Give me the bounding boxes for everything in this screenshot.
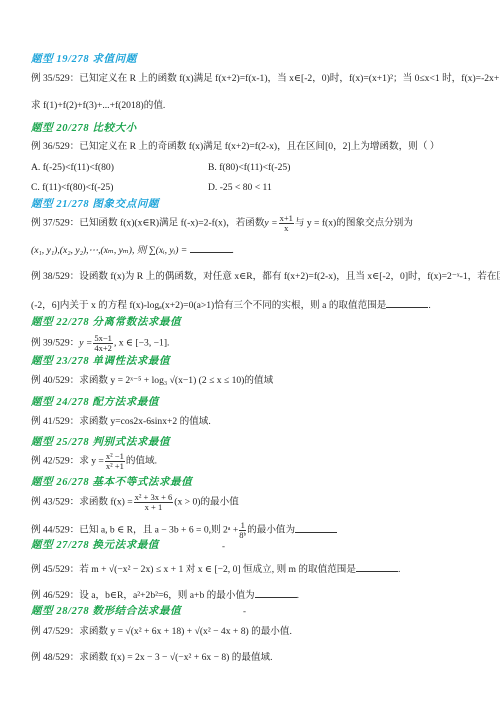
example-label: 例 44/529： xyxy=(31,525,79,536)
fraction: 18ᵇ xyxy=(239,521,246,540)
example-38-cont: (-2，6]内关于 x 的方程 f(x)-logₐ(x+2)=0(a>1)恰有三… xyxy=(31,298,431,312)
example-40: 例 40/529：求函数 y = 2ˣ⁻⁵ + log₃ √(x−1) (2 ≤… xyxy=(31,375,273,387)
answer-blank[interactable] xyxy=(255,588,297,598)
section-heading-27: 题型 27/278 换元法求最值 xyxy=(31,540,159,552)
option-d[interactable]: D. -25 < 80 < 11 xyxy=(208,182,272,193)
section-heading-21: 题型 21/278 图象交点问题 xyxy=(31,199,159,211)
example-41: 例 41/529：求函数 y=cos2x-6sinx+2 的值域. xyxy=(31,416,211,428)
example-text: 已知定义在 R 上的奇函数 f(x)满足 f(x+2)=f(2-x)，且在区间[… xyxy=(79,141,439,152)
example-label: 例 47/529： xyxy=(31,626,79,637)
example-label: 例 45/529： xyxy=(31,564,79,575)
example-45: 例 45/529：若 m + √(−x² − 2x) ≤ x + 1 对 x ∈… xyxy=(31,562,400,576)
example-label: 例 38/529： xyxy=(31,271,79,282)
example-42: 例 42/529：求 y =x² −1x² +1的值域. xyxy=(31,452,157,471)
fraction: 5x−14x+2 xyxy=(93,334,113,353)
example-text: 已知定义在 R 上的函数 f(x)满足 f(x+2)=f(x-1)，当 x∈[-… xyxy=(79,73,500,84)
stray-mark: - xyxy=(222,541,225,551)
answer-blank[interactable] xyxy=(356,562,398,572)
example-43: 例 43/529：求函数 f(x) =x² + 3x + 6x + 1(x > … xyxy=(31,493,239,512)
example-46: 例 46/529：设 a，b∈R，a²+2b²=6，则 a+b 的最小值为. xyxy=(31,588,299,602)
fraction: x² −1x² +1 xyxy=(105,452,125,471)
example-label: 例 43/529： xyxy=(31,497,79,508)
example-label: 例 41/529： xyxy=(31,416,79,427)
example-47: 例 47/529：求函数 y = √(x² + 6x + 18) + √(x² … xyxy=(31,626,292,638)
example-label: 例 48/529： xyxy=(31,652,79,663)
example-label: 例 37/529： xyxy=(31,218,79,229)
option-a[interactable]: A. f(-25)<f(11)<f(80) xyxy=(31,162,114,173)
example-39: 例 39/529：y =5x−14x+2, x ∈ [−3, −1]. xyxy=(31,334,169,353)
example-label: 例 39/529： xyxy=(31,338,79,349)
section-heading-24: 题型 24/278 配方法求最值 xyxy=(31,397,159,409)
example-35: 例 35/529：已知定义在 R 上的函数 f(x)满足 f(x+2)=f(x-… xyxy=(31,73,500,85)
example-44: 例 44/529：已知 a, b ∈ R，且 a − 3b + 6 = 0,则 … xyxy=(31,521,337,540)
example-label: 例 36/529： xyxy=(31,141,79,152)
example-text: 与 y = f(x)的图象交点分别为 xyxy=(295,218,413,229)
example-text: 求函数 y=cos2x-6sinx+2 的值域. xyxy=(79,416,211,427)
example-text: 设函数 f(x)为 R 上的偶函数，对任意 x∈R，都有 f(x+2)=f(2-… xyxy=(79,271,500,282)
section-heading-26: 题型 26/278 基本不等式法求最值 xyxy=(31,477,192,489)
example-label: 例 42/529： xyxy=(31,456,79,467)
fraction: x² + 3x + 6x + 1 xyxy=(134,493,174,512)
section-heading-23: 题型 23/278 单调性法求最值 xyxy=(31,356,170,368)
example-text: 求函数 y = 2ˣ⁻⁵ + log₃ √(x−1) (2 ≤ x ≤ 10)的… xyxy=(79,375,273,386)
example-37-cont: (x₁, y₁),(x₂, y₂),⋯,(xₘ, yₘ), 则 ∑(xᵢ, yᵢ… xyxy=(31,243,234,257)
example-35-cont: 求 f(1)+f(2)+f(3)+...+f(2018)的值. xyxy=(31,100,165,112)
answer-blank[interactable] xyxy=(190,243,232,253)
answer-blank[interactable] xyxy=(386,298,428,308)
fraction: x+1x xyxy=(279,214,294,233)
example-37: 例 37/529：已知函数 f(x)(x∈R)满足 f(-x)=2-f(x)，若… xyxy=(31,214,413,233)
example-label: 例 46/529： xyxy=(31,590,79,601)
summation: ∑(xᵢ, yᵢ) = xyxy=(149,245,187,256)
example-36: 例 36/529：已知定义在 R 上的奇函数 f(x)满足 f(x+2)=f(2… xyxy=(31,141,439,153)
section-heading-28: 题型 28/278 数形结合法求最值 xyxy=(31,606,181,618)
answer-blank[interactable] xyxy=(295,523,337,533)
option-b[interactable]: B. f(80)<f(11)<f(-25) xyxy=(208,162,290,173)
section-heading-20: 题型 20/278 比较大小 xyxy=(31,123,137,135)
section-heading-19: 题型 19/278 求值问题 xyxy=(31,54,137,66)
example-48: 例 48/529：求函数 f(x) = 2x − 3 − √(−x² + 6x … xyxy=(31,652,273,664)
example-text: 已知函数 f(x)(x∈R)满足 f(-x)=2-f(x)，若函数 xyxy=(79,218,264,229)
example-label: 例 40/529： xyxy=(31,375,79,386)
section-heading-25: 题型 25/278 判别式法求最值 xyxy=(31,437,170,449)
example-label: 例 35/529： xyxy=(31,73,79,84)
example-38: 例 38/529：设函数 f(x)为 R 上的偶函数，对任意 x∈R，都有 f(… xyxy=(31,271,500,283)
stray-mark: - xyxy=(243,606,246,616)
section-heading-22: 题型 22/278 分离常数法求最值 xyxy=(31,317,181,329)
option-c[interactable]: C. f(11)<f(80)<f(-25) xyxy=(31,182,113,193)
